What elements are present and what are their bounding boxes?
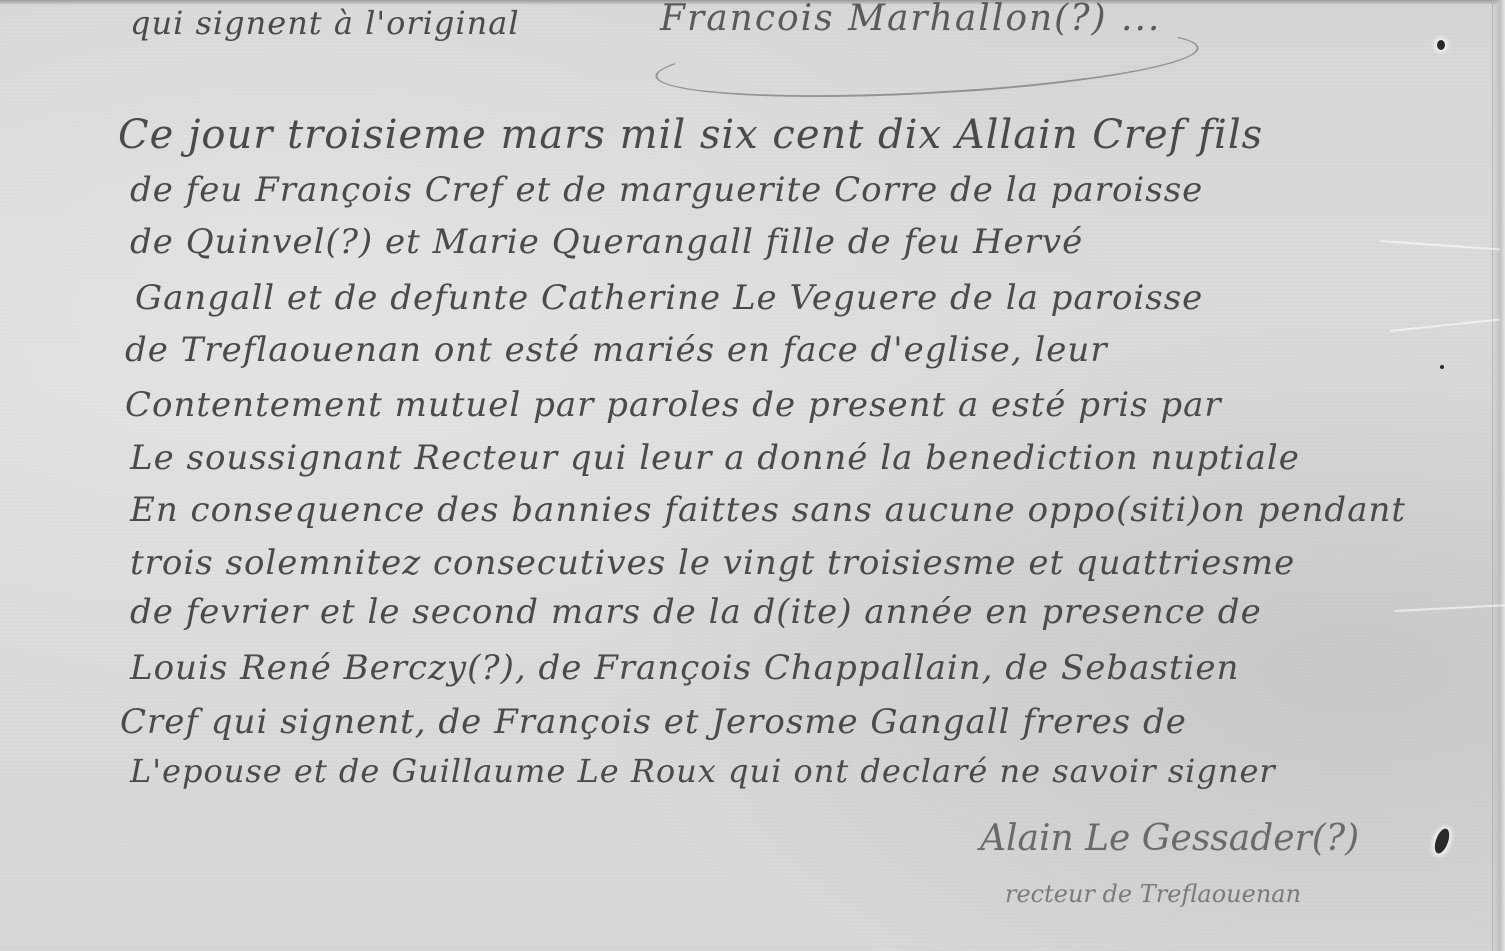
record-line: L'epouse et de Guillaume Le Roux qui ont… bbox=[130, 752, 1276, 790]
paper-speck bbox=[1440, 365, 1444, 369]
record-line: Louis René Berczy(?), de François Chappa… bbox=[130, 648, 1239, 688]
record-line: Contentement mutuel par paroles de prese… bbox=[125, 385, 1222, 425]
record-line: de Quinvel(?) et Marie Querangall fille … bbox=[130, 222, 1083, 262]
record-line: Cref qui signent, de François et Jerosme… bbox=[120, 702, 1187, 742]
document-scan: qui signent à l'original Francois Marhal… bbox=[0, 0, 1505, 951]
page-right-edge bbox=[1492, 0, 1505, 951]
record-line: Ce jour troisieme mars mil six cent dix … bbox=[118, 112, 1263, 158]
record-line: de Treflaouenan ont esté mariés en face … bbox=[125, 330, 1108, 370]
record-line: En consequence des bannies faittes sans … bbox=[130, 490, 1406, 530]
record-line: Gangall et de defunte Catherine Le Vegue… bbox=[135, 278, 1203, 318]
record-line: de fevrier et le second mars de la d(ite… bbox=[130, 592, 1262, 632]
rector-title: recteur de Treflaouenan bbox=[1005, 880, 1301, 908]
paper-crease bbox=[1390, 319, 1500, 332]
record-line: trois solemnitez consecutives le vingt t… bbox=[130, 543, 1295, 583]
paper-hole bbox=[1437, 40, 1445, 50]
paper-hole bbox=[1432, 827, 1452, 856]
record-line: de feu François Cref et de marguerite Co… bbox=[130, 170, 1203, 210]
top-partial-line: qui signent à l'original bbox=[130, 4, 520, 42]
record-line: Le soussignant Recteur qui leur a donné … bbox=[130, 438, 1300, 478]
paper-crease bbox=[1395, 604, 1505, 612]
rector-signature: Alain Le Gessader(?) bbox=[980, 818, 1359, 859]
paper-crease bbox=[1380, 240, 1500, 250]
